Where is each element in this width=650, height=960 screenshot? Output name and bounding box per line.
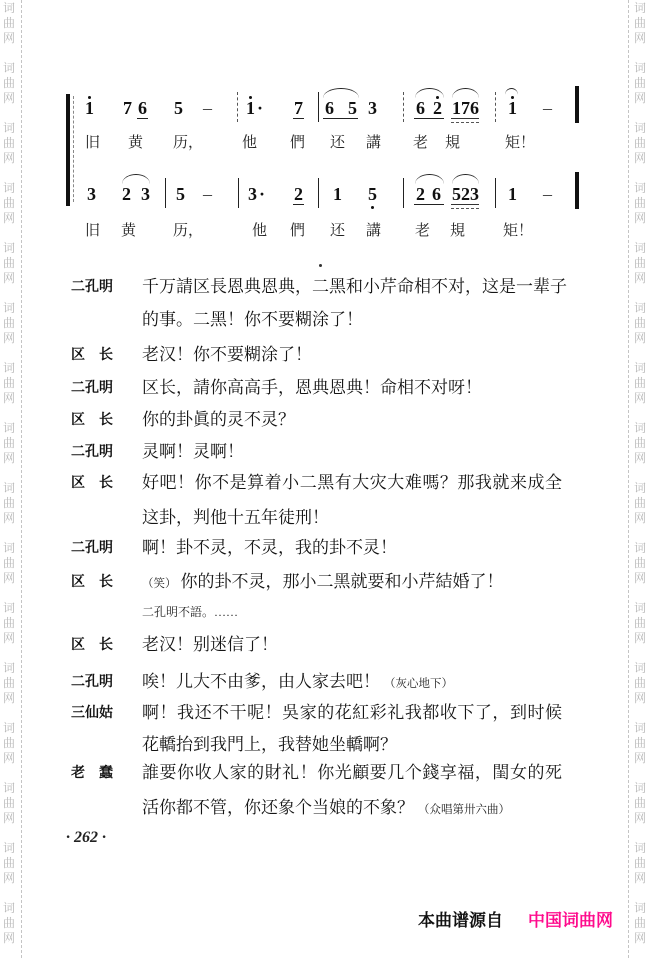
note-extension: – (543, 185, 552, 203)
note: 6 (432, 185, 441, 203)
watermark-char: 词 (633, 61, 647, 75)
slur (122, 174, 150, 184)
watermark-char: 词 (2, 841, 16, 855)
watermark-char: 网 (2, 751, 16, 765)
watermark-char: 曲 (633, 796, 647, 810)
watermark-char: 词 (633, 781, 647, 795)
barline (318, 178, 319, 208)
watermark-char: 曲 (2, 796, 16, 810)
watermark-char: 曲 (633, 616, 647, 630)
watermark-char: 网 (2, 331, 16, 345)
watermark-char: 网 (2, 691, 16, 705)
lyric: 黄 (121, 222, 136, 240)
dashed-divider-left (21, 0, 22, 958)
lyric: 还 (330, 134, 345, 152)
lyric: 历， (173, 222, 203, 240)
note: 1 (85, 99, 94, 117)
stage-direction-inline: （众唱第卅六曲） (418, 804, 510, 816)
lyric: 們 (290, 134, 305, 152)
note: 5 (174, 99, 183, 117)
watermark-char: 词 (633, 601, 647, 615)
speaker-name: 二孔明 (71, 378, 113, 398)
watermark-char: 网 (633, 871, 647, 885)
watermark-char: 网 (633, 691, 647, 705)
slur (452, 174, 479, 184)
double-beam-underline (451, 118, 479, 123)
watermark-char: 网 (2, 811, 16, 825)
speech-line: 老汉！别迷信了！ (142, 635, 278, 655)
lyric: 旧 (85, 222, 100, 240)
lyric: 历， (173, 134, 203, 152)
beam-underline (293, 118, 304, 119)
barline (403, 178, 404, 208)
watermark-char: 词 (633, 721, 647, 735)
augmentation-dot: · (257, 99, 263, 117)
separator-dot (319, 264, 322, 267)
note: 3 (368, 99, 377, 117)
augmentation-dot: · (259, 185, 265, 203)
watermark-char: 曲 (633, 136, 647, 150)
lyric: 黄 (128, 134, 143, 152)
speaker-name: 二孔明 (71, 672, 113, 692)
watermark-char: 网 (633, 571, 647, 585)
speech-text: 唉！儿大不由爹，由人家去吧！ (142, 672, 380, 691)
watermark-char: 词 (2, 421, 16, 435)
watermark-char: 词 (2, 241, 16, 255)
note: 6 (416, 99, 425, 117)
speaker-name: 三仙姑 (71, 703, 113, 723)
watermark-char: 曲 (633, 316, 647, 330)
watermark-char: 曲 (2, 136, 16, 150)
watermark-char: 词 (633, 241, 647, 255)
watermark-char: 网 (633, 631, 647, 645)
speaker-name: 区 长 (71, 635, 113, 655)
note: 6 (138, 99, 147, 117)
speaker-name: 二孔明 (71, 442, 113, 462)
staff-upper: 1 7 6 5 – 1 · 7 6 5 3 6 2 176 1 – (0, 86, 650, 128)
lyric: 矩！ (505, 134, 535, 152)
watermark-char: 词 (633, 661, 647, 675)
watermark-char: 网 (633, 751, 647, 765)
watermark-char: 曲 (2, 736, 16, 750)
watermark-char: 网 (2, 511, 16, 525)
watermark-char: 曲 (2, 16, 16, 30)
watermark-char: 曲 (633, 496, 647, 510)
slur (415, 88, 444, 98)
watermark-char: 词 (2, 61, 16, 75)
note: 1 (508, 185, 517, 203)
page-number: · 262 · (66, 828, 106, 848)
watermark-char: 曲 (633, 256, 647, 270)
watermark-char: 网 (633, 331, 647, 345)
slur (415, 174, 444, 184)
watermark-char: 网 (633, 31, 647, 45)
watermark-char: 词 (633, 421, 647, 435)
watermark-char: 曲 (2, 376, 16, 390)
watermark-char: 曲 (633, 16, 647, 30)
lyric: 他 (242, 134, 257, 152)
speech-line: 唉！儿大不由爹，由人家去吧！（灰心地下） (142, 672, 457, 694)
watermark-char: 词 (2, 301, 16, 315)
speech-line: 啊！卦不灵，不灵，我的卦不灵！ (142, 538, 397, 558)
beam-underline (414, 204, 444, 205)
watermark-char: 词 (633, 841, 647, 855)
stage-direction-inline: （灰心地下） (384, 678, 453, 690)
barline (403, 92, 404, 122)
lyric: 規 (450, 222, 465, 240)
watermark-char: 网 (633, 931, 647, 945)
watermark-char: 词 (2, 541, 16, 555)
speech-line: 灵啊！灵啊！ (142, 442, 244, 462)
note: 2 (416, 185, 425, 203)
barline (495, 92, 496, 122)
watermark-char: 网 (633, 811, 647, 825)
note-group: 176 (452, 99, 479, 117)
site-name-link[interactable]: 中国词曲网 (528, 910, 613, 932)
speech-line: 誰要你收人家的財礼！你光顧要几个錢享福，閨女的死 (142, 763, 562, 783)
note-extension: – (203, 99, 212, 117)
watermark-char: 网 (633, 391, 647, 405)
barline (318, 92, 319, 122)
watermark-char: 曲 (2, 676, 16, 690)
watermark-char: 词 (2, 601, 16, 615)
watermark-char: 词 (2, 361, 16, 375)
speech-line: 的事。二黑！你不要糊涂了！ (142, 310, 363, 330)
speech-line: 老汉！你不要糊涂了！ (142, 345, 312, 365)
watermark-char: 曲 (633, 376, 647, 390)
note: 2 (294, 185, 303, 203)
watermark-char: 曲 (2, 436, 16, 450)
watermark-char: 曲 (633, 676, 647, 690)
watermark-strip-right: 词曲网词曲网词曲网词曲网词曲网词曲网词曲网词曲网词曲网词曲网词曲网词曲网词曲网词… (633, 0, 649, 960)
barline (495, 178, 496, 208)
watermark-char: 词 (2, 901, 16, 915)
fermata (505, 88, 518, 95)
watermark-char: 词 (2, 1, 16, 15)
watermark-char: 曲 (2, 916, 16, 930)
watermark-char: 网 (2, 631, 16, 645)
barline (238, 178, 239, 208)
watermark-char: 曲 (633, 556, 647, 570)
watermark-char: 曲 (2, 256, 16, 270)
note: 1 (333, 185, 342, 203)
watermark-char: 网 (2, 571, 16, 585)
watermark-char: 网 (2, 31, 16, 45)
watermark-char: 词 (2, 661, 16, 675)
note-group: 523 (452, 185, 479, 203)
dashed-divider-right (628, 0, 629, 958)
speaker-name: 区 长 (71, 473, 113, 493)
note: 1 (508, 99, 517, 117)
watermark-char: 词 (2, 781, 16, 795)
stage-direction-inline: （笑） (142, 578, 177, 590)
lyric: 矩！ (503, 222, 533, 240)
lyric: 講 (366, 222, 381, 240)
speaker-name: 老 蠢 (71, 763, 113, 783)
note: 7 (123, 99, 132, 117)
watermark-char: 网 (633, 511, 647, 525)
watermark-char: 曲 (2, 556, 16, 570)
watermark-char: 曲 (633, 736, 647, 750)
speech-line: 千万請区長恩典恩典，二黑和小芹命相不对，这是一辈子 (142, 277, 562, 297)
lyric: 老 (413, 134, 428, 152)
watermark-char: 网 (633, 271, 647, 285)
watermark-char: 网 (2, 871, 16, 885)
note: 5 (176, 185, 185, 203)
beam-underline (323, 118, 358, 119)
note: 5 (348, 99, 357, 117)
speech-line: 你的卦眞的灵不灵？ (142, 410, 295, 430)
speech-line: 好吧！你不是算着小二黑有大灾大难嗎？那我就来成全 (142, 473, 562, 493)
speech-line: 这卦，判他十五年徒刑！ (142, 508, 329, 528)
final-barline (575, 172, 579, 209)
watermark-char: 网 (633, 151, 647, 165)
speaker-name: 区 长 (71, 345, 113, 365)
speech-line: 花轎抬到我門上，我替她坐轎啊？ (142, 735, 397, 755)
speaker-name: 区 长 (71, 410, 113, 430)
note: 1 (246, 99, 255, 117)
beam-underline (293, 204, 304, 205)
double-beam-underline (451, 204, 479, 209)
lyric: 規 (445, 134, 460, 152)
watermark-char: 词 (633, 361, 647, 375)
watermark-strip-left: 词曲网词曲网词曲网词曲网词曲网词曲网词曲网词曲网词曲网词曲网词曲网词曲网词曲网词… (2, 0, 18, 960)
slur (452, 88, 479, 98)
note: 2 (122, 185, 131, 203)
watermark-char: 曲 (633, 436, 647, 450)
speaker-name: 二孔明 (71, 277, 113, 297)
speech-line: （笑）你的卦不灵，那小二黑就要和小芹結婚了！ (138, 572, 504, 594)
watermark-char: 网 (2, 451, 16, 465)
note-extension: – (203, 185, 212, 203)
note: 3 (248, 185, 257, 203)
barline (237, 92, 238, 122)
barline (165, 178, 166, 208)
watermark-char: 曲 (633, 916, 647, 930)
beam-underline (137, 118, 148, 119)
watermark-char: 网 (2, 391, 16, 405)
watermark-char: 曲 (633, 856, 647, 870)
watermark-char: 网 (2, 271, 16, 285)
watermark-char: 词 (633, 541, 647, 555)
lyric: 講 (366, 134, 381, 152)
watermark-char: 词 (2, 721, 16, 735)
watermark-char: 曲 (2, 496, 16, 510)
watermark-char: 曲 (2, 616, 16, 630)
speaker-name: 二孔明 (71, 538, 113, 558)
watermark-char: 曲 (2, 856, 16, 870)
note: 5 (368, 185, 377, 203)
lyric: 他 (252, 222, 267, 240)
speech-text: 活你都不管，你还象个当娘的不象？ (142, 798, 414, 817)
lyric: 旧 (85, 134, 100, 152)
watermark-char: 词 (633, 301, 647, 315)
watermark-char: 词 (633, 1, 647, 15)
staff-lower: 3 2 3 5 – 3 · 2 1 5 2 6 523 1 – (0, 172, 650, 214)
lyric: 还 (330, 222, 345, 240)
watermark-char: 网 (2, 151, 16, 165)
note: 6 (325, 99, 334, 117)
watermark-char: 词 (2, 481, 16, 495)
speech-text: 你的卦不灵，那小二黑就要和小芹結婚了！ (181, 572, 504, 591)
final-barline (575, 86, 579, 123)
watermark-char: 网 (633, 451, 647, 465)
note: 3 (87, 185, 96, 203)
slur (323, 88, 359, 98)
speaker-name: 区 长 (71, 572, 113, 592)
lyric: 老 (415, 222, 430, 240)
speech-line: 活你都不管，你还象个当娘的不象？（众唱第卅六曲） (142, 798, 514, 820)
note: 3 (141, 185, 150, 203)
note: 7 (294, 99, 303, 117)
speech-line: 啊！我还不干呢！吳家的花紅彩礼我都收下了，到时候 (142, 703, 562, 723)
stage-direction: 二孔明不語。…… (142, 604, 238, 620)
beam-underline (414, 118, 444, 119)
note-extension: – (543, 99, 552, 117)
speech-line: 区长，請你高高手，恩典恩典！命相不对呀！ (142, 378, 482, 398)
note: 2 (433, 99, 442, 117)
watermark-char: 词 (633, 901, 647, 915)
watermark-char: 词 (633, 481, 647, 495)
source-label: 本曲谱源自 (418, 910, 503, 932)
watermark-char: 网 (2, 931, 16, 945)
watermark-char: 曲 (2, 316, 16, 330)
lyric: 們 (290, 222, 305, 240)
